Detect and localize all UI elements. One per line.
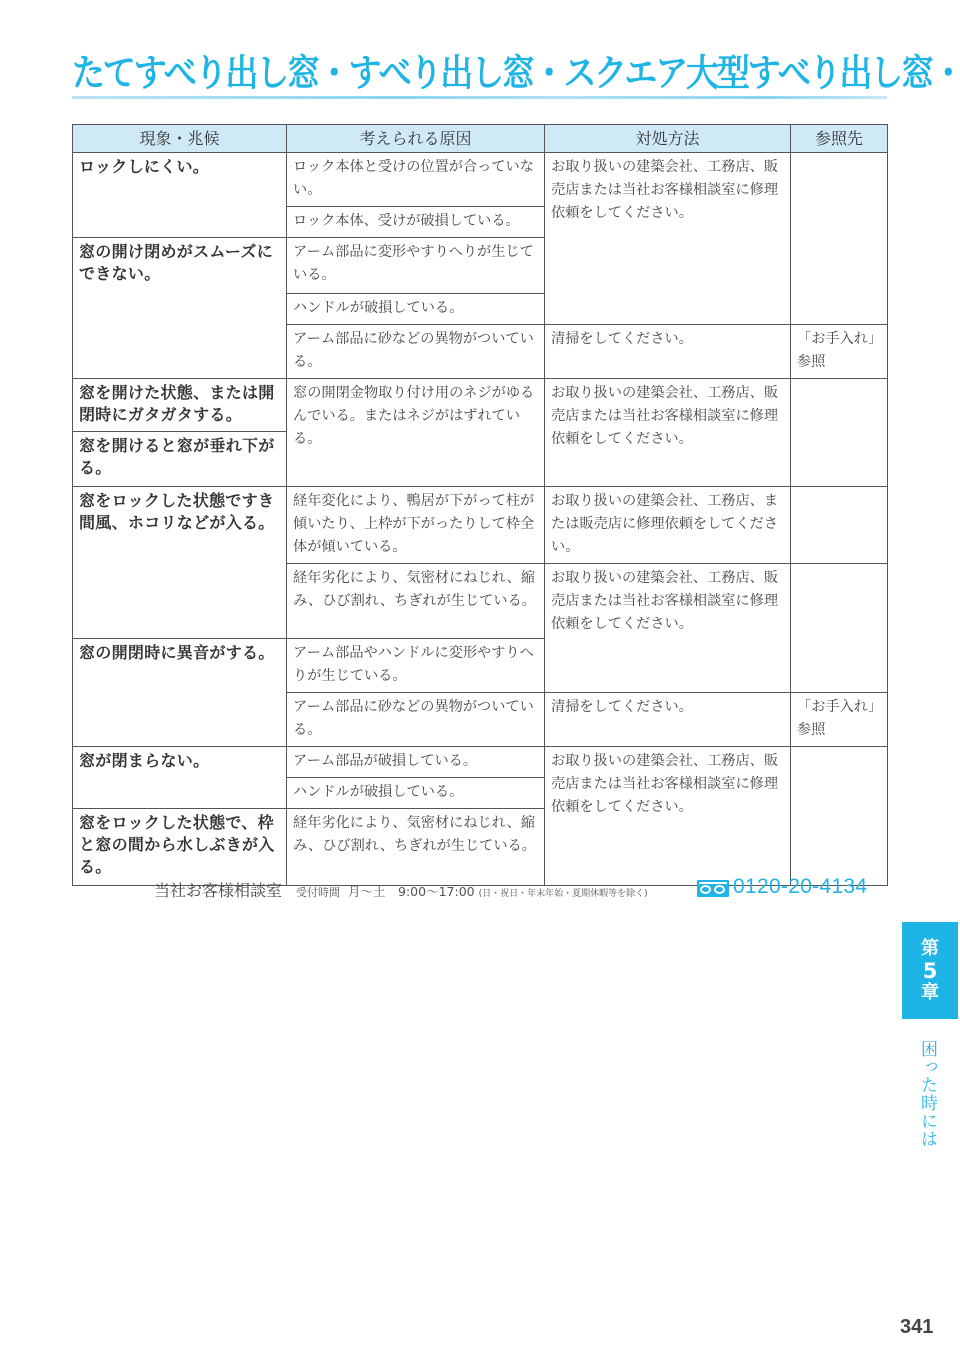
table-row: 窓が閉まらない。 アーム部品が破損している。 お取り扱いの建築会社、工務店、販売… bbox=[73, 747, 888, 778]
phone-number[interactable]: 0120-20-4134 bbox=[733, 875, 867, 899]
symptom-cell: 窓を開けると窓が垂れ下がる。 bbox=[73, 432, 287, 487]
freedial-icon bbox=[697, 880, 729, 897]
cause-cell: 窓の開閉金物取り付け用のネジがゆるんでいる。またはネジがはずれている。 bbox=[287, 379, 545, 487]
symptom-cell: ロックしにくい。 bbox=[73, 153, 287, 238]
cause-cell: ハンドルが破損している。 bbox=[287, 778, 545, 809]
symptom-cell: 窓を開けた状態、または開閉時にガタガタする。 bbox=[73, 379, 287, 432]
cause-cell: アーム部品に砂などの異物がついている。 bbox=[287, 325, 545, 379]
reference-cell bbox=[791, 487, 888, 564]
cause-cell: アーム部品やハンドルに変形やすりへりが生じている。 bbox=[287, 639, 545, 693]
table-header-row: 現象・兆候 考えられる原因 対処方法 参照先 bbox=[73, 125, 888, 153]
hours-note: (日・祝日・年末年始・夏期休暇等を除く) bbox=[479, 889, 648, 899]
reference-cell bbox=[791, 153, 888, 325]
chapter-title: 困った時には bbox=[915, 1040, 939, 1148]
reference-cell bbox=[791, 564, 888, 693]
title-underline bbox=[72, 96, 887, 99]
reference-cell bbox=[791, 747, 888, 886]
header-symptom: 現象・兆候 bbox=[73, 125, 287, 153]
cause-cell: アーム部品に変形やすりへりが生じている。 bbox=[287, 238, 545, 294]
cause-cell: 経年劣化により、気密材にねじれ、縮み、ひび割れ、ちぎれが生じている。 bbox=[287, 564, 545, 639]
reference-cell: 「お手入れ」参照 bbox=[791, 693, 888, 747]
cause-cell: アーム部品が破損している。 bbox=[287, 747, 545, 778]
symptom-cell: 窓が閉まらない。 bbox=[73, 747, 287, 809]
symptom-cell: 窓の開け閉めがスムーズにできない。 bbox=[73, 238, 287, 379]
table-row: 窓をロックした状態ですき間風、ホコリなどが入る。 経年変化により、鴨居が下がって… bbox=[73, 487, 888, 564]
symptom-cell: 窓をロックした状態ですき間風、ホコリなどが入る。 bbox=[73, 487, 287, 639]
cause-cell: アーム部品に砂などの異物がついている。 bbox=[287, 693, 545, 747]
symptom-cell: 窓をロックした状態で、枠と窓の間から水しぶきが入る。 bbox=[73, 809, 287, 886]
table-row: 窓を開けた状態、または開閉時にガタガタする。 窓の開閉金物取り付け用のネジがゆる… bbox=[73, 379, 888, 432]
header-cause: 考えられる原因 bbox=[287, 125, 545, 153]
support-office-label: 当社お客様相談室 bbox=[154, 881, 282, 900]
chapter-tab[interactable]: 第 5 章 bbox=[902, 922, 958, 1019]
cause-cell: ロック本体と受けの位置が合っていない。 bbox=[287, 153, 545, 207]
chapter-suffix: 章 bbox=[921, 982, 939, 1004]
symptom-cell: 窓の開閉時に異音がする。 bbox=[73, 639, 287, 747]
business-hours: 月〜土 9:00〜17:00 bbox=[348, 884, 475, 899]
remedy-cell: 清掃をしてください。 bbox=[545, 325, 791, 379]
hours-label: 受付時間 bbox=[296, 886, 340, 899]
header-remedy: 対処方法 bbox=[545, 125, 791, 153]
reference-cell bbox=[791, 379, 888, 487]
remedy-cell: お取り扱いの建築会社、工務店、販売店または当社お客様相談室に修理依頼をしてくださ… bbox=[545, 379, 791, 487]
page-number: 341 bbox=[900, 1316, 933, 1339]
remedy-cell: お取り扱いの建築会社、工務店、販売店または当社お客様相談室に修理依頼をしてくださ… bbox=[545, 153, 791, 325]
remedy-cell: お取り扱いの建築会社、工務店、販売店または当社お客様相談室に修理依頼をしてくださ… bbox=[545, 564, 791, 693]
remedy-cell: お取り扱いの建築会社、工務店、販売店または当社お客様相談室に修理依頼をしてくださ… bbox=[545, 747, 791, 886]
reference-cell: 「お手入れ」参照 bbox=[791, 325, 888, 379]
cause-cell: 経年劣化により、気密材にねじれ、縮み、ひび割れ、ちぎれが生じている。 bbox=[287, 809, 545, 886]
remedy-cell: 清掃をしてください。 bbox=[545, 693, 791, 747]
chapter-number: 5 bbox=[923, 960, 938, 982]
table-row: ロックしにくい。 ロック本体と受けの位置が合っていない。 お取り扱いの建築会社、… bbox=[73, 153, 888, 207]
cause-cell: ロック本体、受けが破損している。 bbox=[287, 207, 545, 238]
remedy-cell: お取り扱いの建築会社、工務店、または販売店に修理依頼をしてください。 bbox=[545, 487, 791, 564]
cause-cell: 経年変化により、鴨居が下がって柱が傾いたり、上枠が下がったりして枠全体が傾いてい… bbox=[287, 487, 545, 564]
chapter-prefix: 第 bbox=[921, 938, 939, 960]
troubleshooting-table: 現象・兆候 考えられる原因 対処方法 参照先 ロックしにくい。 ロック本体と受け… bbox=[72, 124, 888, 886]
page-title: たてすべり出し窓・すべり出し窓・スクエア大型すべり出し窓・高所用すべり出し窓 bbox=[72, 44, 892, 97]
header-reference: 参照先 bbox=[791, 125, 888, 153]
cause-cell: ハンドルが破損している。 bbox=[287, 294, 545, 325]
